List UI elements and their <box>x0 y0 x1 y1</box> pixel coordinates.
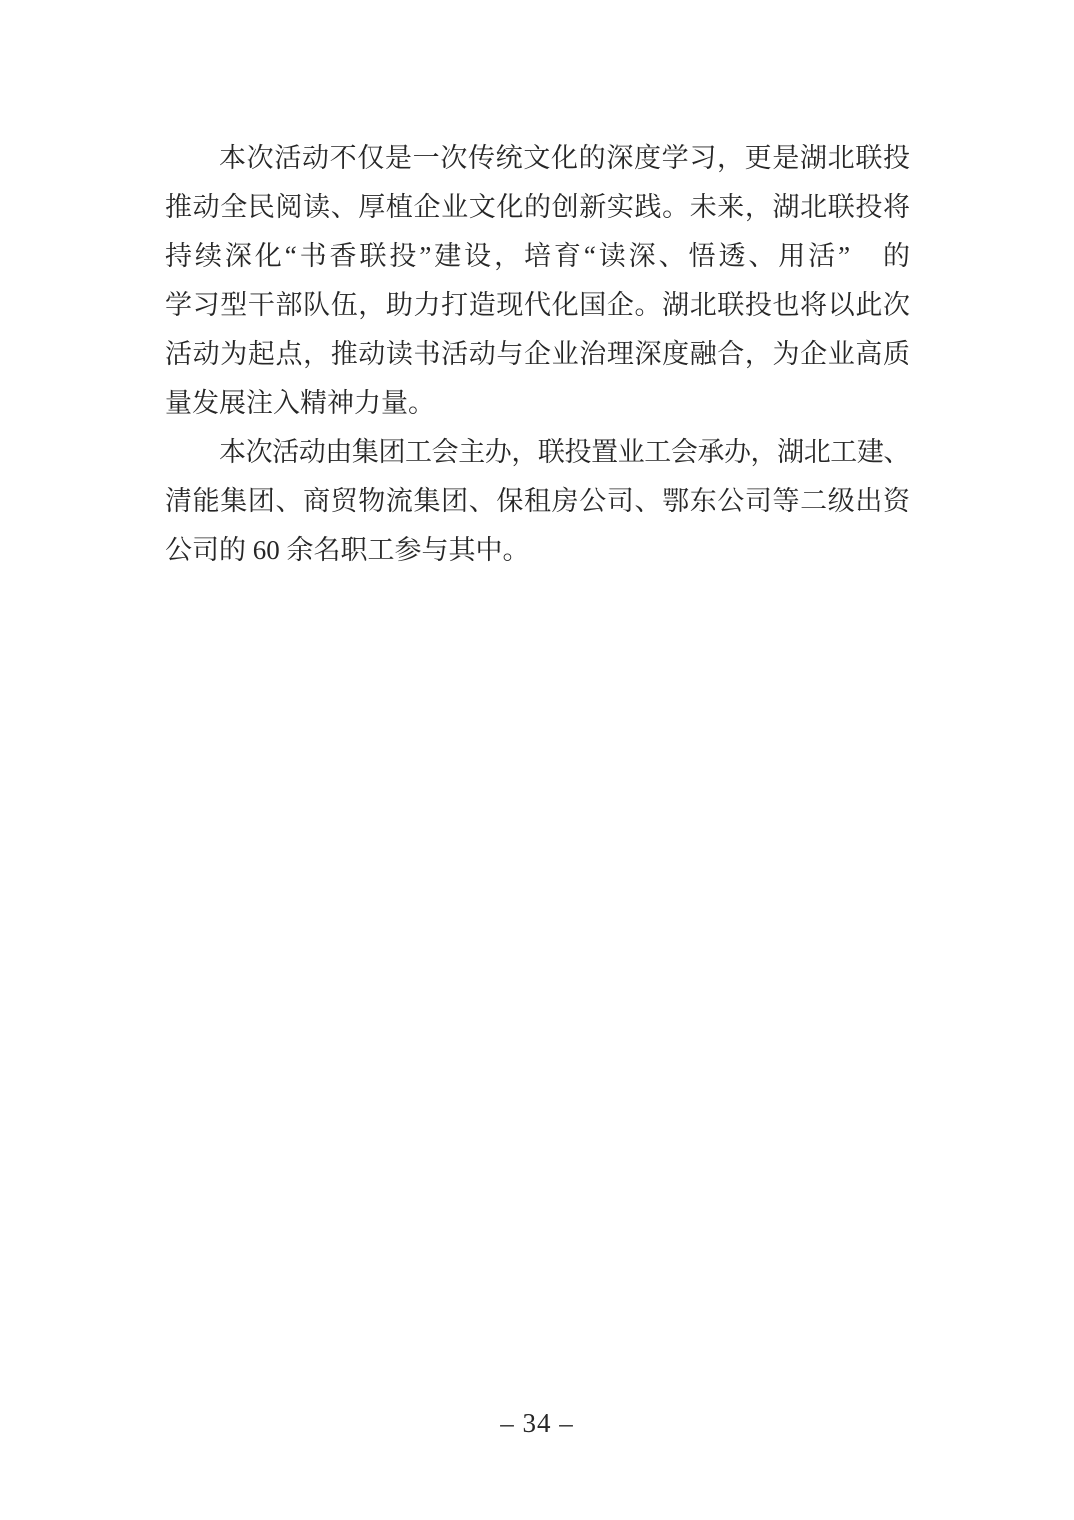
body-text: 本次活动不仅是一次传统文化的深度学习，更是湖北联投 推动全民阅读、厚植企业文化的… <box>165 134 910 575</box>
paragraph-1-line-5: 活动为起点，推动读书活动与企业治理深度融合，为企业高质 <box>165 330 910 379</box>
paragraph-2-line-3: 公司的 60 余名职工参与其中。 <box>165 526 910 575</box>
paragraph-1: 本次活动不仅是一次传统文化的深度学习，更是湖北联投 推动全民阅读、厚植企业文化的… <box>165 134 910 428</box>
paragraph-1-line-2: 推动全民阅读、厚植企业文化的创新实践。未来，湖北联投将 <box>165 183 910 232</box>
paragraph-1-line-1: 本次活动不仅是一次传统文化的深度学习，更是湖北联投 <box>165 134 910 183</box>
paragraph-1-line-3: 持续深化“书香联投”建设，培育“读深、悟透、用活” 的 <box>165 232 910 281</box>
paragraph-1-line-4: 学习型干部队伍，助力打造现代化国企。湖北联投也将以此次 <box>165 281 910 330</box>
paragraph-2-line-2: 清能集团、商贸物流集团、保租房公司、鄂东公司等二级出资 <box>165 477 910 526</box>
page-number: – 34 – <box>0 1406 1074 1440</box>
document-page: 本次活动不仅是一次传统文化的深度学习，更是湖北联投 推动全民阅读、厚植企业文化的… <box>0 0 1074 1520</box>
paragraph-1-line-6: 量发展注入精神力量。 <box>165 379 910 428</box>
paragraph-2-line-1: 本次活动由集团工会主办，联投置业工会承办，湖北工建、 <box>165 428 910 477</box>
paragraph-2: 本次活动由集团工会主办，联投置业工会承办，湖北工建、 清能集团、商贸物流集团、保… <box>165 428 910 575</box>
